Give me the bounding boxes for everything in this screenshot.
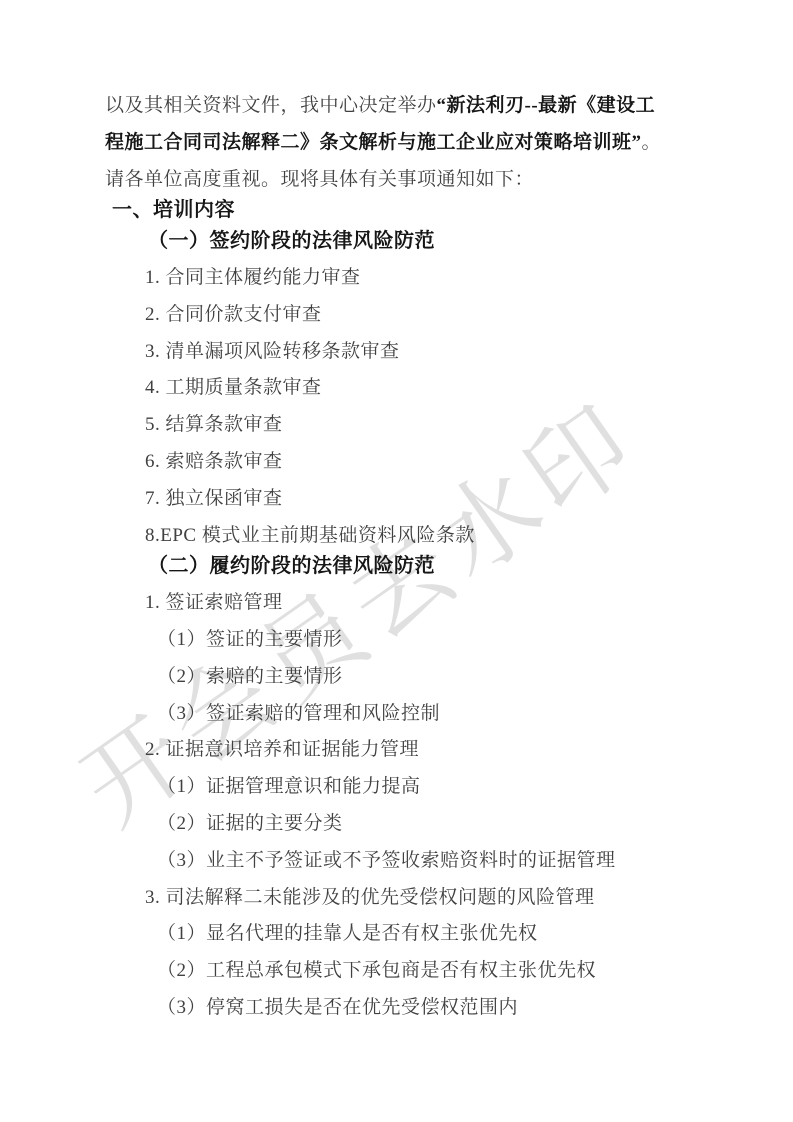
doc-text-bold: （二）履约阶段的法律风险防范: [148, 555, 435, 577]
doc-line-para: 程施工合同司法解释二》条文解析与施工企业应对策略培训班”。: [105, 125, 693, 162]
doc-text: 1. 合同主体履约能力审查: [145, 267, 361, 288]
doc-text: （2）索赔的主要情形: [157, 666, 343, 687]
doc-text: （3）签证索赔的管理和风险控制: [157, 703, 440, 724]
doc-line-num: 4. 工期质量条款审查: [105, 370, 693, 407]
page-background: 开会员去水印 以及其相关资料文件，我中心决定举办“新法利刃--最新《建设工程施工…: [0, 0, 793, 1122]
doc-text: （3）停窝工损失是否在优先受偿权范围内: [157, 997, 518, 1018]
doc-text-bold: 程施工合同司法解释二》条文解析与施工企业应对策略培训班”: [105, 132, 642, 153]
doc-text: 3. 司法解释二未能涉及的优先受偿权问题的风险管理: [145, 887, 595, 908]
doc-text: 6. 索赔条款审查: [145, 451, 283, 472]
doc-text: 2. 合同价款支付审查: [145, 304, 322, 325]
doc-text-bold: 一、培训内容: [112, 199, 235, 221]
doc-line-num: 3. 司法解释二未能涉及的优先受偿权问题的风险管理: [105, 880, 693, 917]
doc-text-bold: “新法利刃--最新《建设工: [437, 95, 656, 116]
doc-text: 。: [642, 132, 662, 153]
doc-line-paren: （2）工程总承包模式下承包商是否有权主张优先权: [105, 953, 693, 990]
doc-line-paren: （1）签证的主要情形: [105, 622, 693, 659]
doc-text: （2）证据的主要分类: [157, 813, 343, 834]
doc-line-h2: （二）履约阶段的法律风险防范: [105, 548, 693, 585]
doc-text: 请各单位高度重视。现将具体有关事项通知如下：: [105, 169, 534, 190]
doc-line-para: 以及其相关资料文件，我中心决定举办“新法利刃--最新《建设工: [105, 88, 693, 125]
doc-line-h2: （一）签约阶段的法律风险防范: [105, 223, 693, 260]
doc-line-num: 7. 独立保函审查: [105, 481, 693, 518]
doc-text: 5. 结算条款审查: [145, 414, 283, 435]
doc-line-paren: （1）证据管理意识和能力提高: [105, 769, 693, 806]
doc-line-paren: （2）证据的主要分类: [105, 806, 693, 843]
document-page: { "page": { "width": 793, "height": 1122…: [0, 0, 793, 1122]
doc-line-paren: （3）签证索赔的管理和风险控制: [105, 696, 693, 733]
doc-line-num: 2. 合同价款支付审查: [105, 297, 693, 334]
doc-line-paren: （1）显名代理的挂靠人是否有权主张优先权: [105, 916, 693, 953]
doc-text-bold: （一）签约阶段的法律风险防范: [148, 230, 435, 252]
doc-line-num: 1. 签证索赔管理: [105, 585, 693, 622]
doc-line-num: 6. 索赔条款审查: [105, 444, 693, 481]
doc-text: （1）证据管理意识和能力提高: [157, 776, 421, 797]
doc-text: 以及其相关资料文件，我中心决定举办: [105, 95, 437, 116]
doc-line-paren: （3）停窝工损失是否在优先受偿权范围内: [105, 990, 693, 1027]
doc-line-num: 3. 清单漏项风险转移条款审查: [105, 334, 693, 371]
doc-text: 2. 证据意识培养和证据能力管理: [145, 739, 419, 760]
doc-text: 3. 清单漏项风险转移条款审查: [145, 341, 400, 362]
doc-text: 7. 独立保函审查: [145, 488, 283, 509]
doc-text: 1. 签证索赔管理: [145, 592, 283, 613]
document-content: 以及其相关资料文件，我中心决定举办“新法利刃--最新《建设工程施工合同司法解释二…: [105, 88, 693, 1027]
doc-text: 4. 工期质量条款审查: [145, 377, 322, 398]
doc-text: 8.EPC 模式业主前期基础资料风险条款: [145, 525, 475, 546]
doc-text: （2）工程总承包模式下承包商是否有权主张优先权: [157, 960, 596, 981]
doc-line-paren: （3）业主不予签证或不予签收索赔资料时的证据管理: [105, 843, 693, 880]
doc-line-paren: （2）索赔的主要情形: [105, 659, 693, 696]
doc-text: （1）签证的主要情形: [157, 629, 343, 650]
doc-line-num: 1. 合同主体履约能力审查: [105, 260, 693, 297]
doc-text: （1）显名代理的挂靠人是否有权主张优先权: [157, 923, 538, 944]
doc-line-num: 5. 结算条款审查: [105, 407, 693, 444]
doc-line-num: 2. 证据意识培养和证据能力管理: [105, 732, 693, 769]
doc-text: （3）业主不予签证或不予签收索赔资料时的证据管理: [157, 850, 616, 871]
